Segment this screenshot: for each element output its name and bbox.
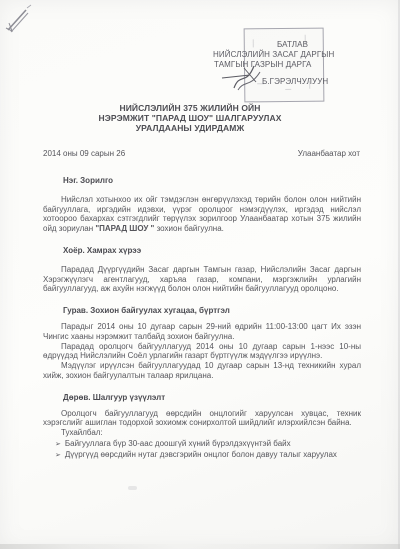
section-2-heading: Хоёр. Хамрах хүрээ	[63, 246, 361, 256]
document-date: 2014 оны 09 сарын 26	[43, 149, 125, 158]
title-line-3: УРАЛДААНЫ УДИРДАМЖ	[0, 123, 380, 133]
title-line-1: НИЙСЛЭЛИЙН 375 ЖИЛИЙН ОЙН	[0, 103, 380, 113]
section-1-text-after: зохион байгуулна.	[154, 224, 224, 233]
section-4-paragraph: Оролцогч байгууллагууд өөрсдийн онцлогий…	[43, 409, 361, 429]
stamp-faint-mark	[285, 89, 291, 90]
stamp-faint-mark	[253, 39, 254, 47]
section-4-heading: Дөрөв. Шалгуур үзүүлэлт	[63, 393, 361, 403]
list-item-text: Дүүргүүд өөрсдийн нутаг дэвсгэрийн онцло…	[65, 450, 337, 459]
arrow-bullet-icon: ➢	[55, 441, 61, 448]
section-2-paragraph: Парадад Дүүргүүдийн Засаг даргын Тамгын …	[43, 265, 361, 294]
section-4-example-label: Тухайлбал:	[43, 428, 361, 438]
scan-edge-artifact	[0, 544, 400, 549]
criteria-list: ➢Байгууллага бүр 30-аас доошгүй хүний бү…	[55, 439, 361, 461]
section-3-heading: Гурав. Зохион байгуулах хугацаа, бүртгэл	[63, 306, 361, 316]
pen-scribble-icon	[2, 2, 44, 38]
section-3-paragraph-3: Мэдүүлэг ирүүлсэн байгууллагуудад 10 дуг…	[43, 361, 361, 381]
list-item: ➢Дүүргүүд өөрсдийн нутаг дэвсгэрийн онцл…	[55, 450, 361, 461]
stamp-org-line1: НИЙСЛЭЛИЙН ЗАСАГ ДАРГЫН	[213, 50, 334, 59]
document-body: Нэг. Зорилго Нийслэл хотынхоо их ойг тэм…	[43, 176, 361, 461]
section-3-paragraph-2: Парадад оролцогч байгууллагууд 2014 оны …	[43, 342, 361, 362]
title-line-2: НЭРЭМЖИТ "ПАРАД ШОУ" ШАЛГАРУУЛАХ	[0, 113, 380, 123]
stamp-approved-label: БАТЛАВ	[277, 40, 308, 49]
stamp-signatory-name: Б.ГЭРЭЛЧУЛУУН	[262, 77, 328, 86]
list-item: ➢Байгууллага бүр 30-аас доошгүй хүний бү…	[55, 439, 361, 450]
section-3-paragraph-1: Парадыг 2014 оны 10 дугаар сарын 29-ний …	[43, 322, 361, 342]
parade-show-emphasis: "ПАРАД ШОУ "	[95, 224, 154, 233]
scan-smudge	[128, 486, 137, 490]
document-city: Улаанбаатар хот	[298, 149, 360, 158]
dateline: 2014 оны 09 сарын 26 Улаанбаатар хот	[43, 149, 360, 158]
section-1-heading: Нэг. Зорилго	[63, 176, 361, 186]
scanned-document-page: БАТЛАВ НИЙСЛЭЛИЙН ЗАСАГ ДАРГЫН ТАМГЫН ГА…	[0, 0, 400, 549]
section-1-paragraph: Нийслэл хотынхоо их ойг тэмдэглэн өнгөрү…	[43, 195, 361, 234]
arrow-bullet-icon: ➢	[55, 452, 61, 459]
document-title: НИЙСЛЭЛИЙН 375 ЖИЛИЙН ОЙН НЭРЭМЖИТ "ПАРА…	[0, 103, 380, 133]
list-item-text: Байгууллага бүр 30-аас доошгүй хүний бүр…	[65, 439, 291, 448]
